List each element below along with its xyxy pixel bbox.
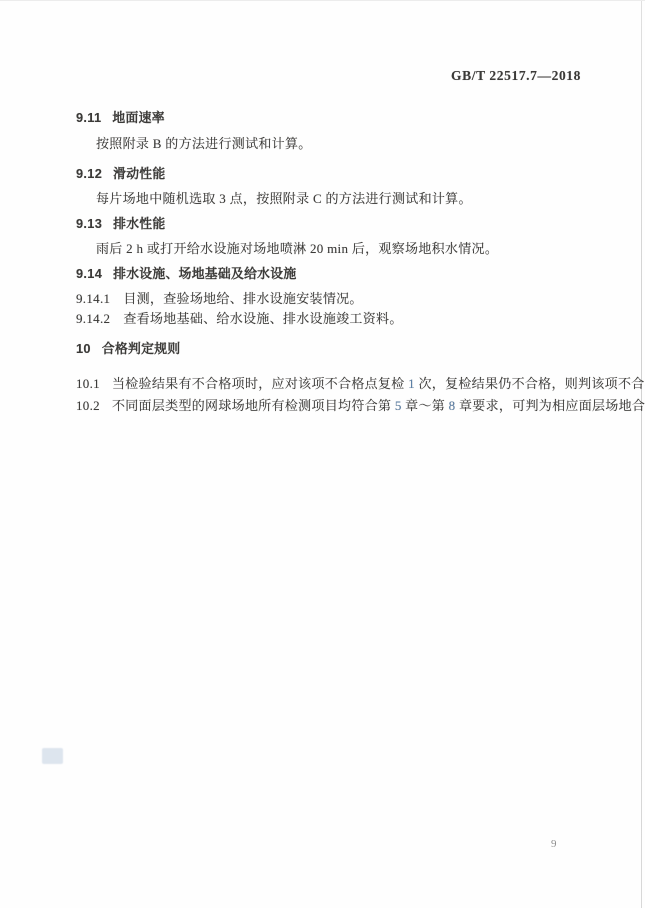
item-text-segment: 当检验结果有不合格项时，应对该项不合格点复检 bbox=[112, 376, 408, 391]
clause-body-9-13: 雨后 2 h 或打开给水设施对场地喷淋 20 min 后，观察场地积水情况。 bbox=[96, 241, 498, 257]
clause-number: 9.14 bbox=[76, 266, 102, 281]
item-text-segment: 章要求，可判为相应面层场地合格。 bbox=[455, 398, 645, 413]
clause-body-9-12: 每片场地中随机选取 3 点，按照附录 C 的方法进行测试和计算。 bbox=[96, 191, 472, 207]
clause-number: 9.12 bbox=[76, 166, 102, 181]
chapter-number: 10 bbox=[76, 341, 91, 356]
clause-heading-9-11: 9.11地面速率 bbox=[76, 110, 165, 126]
subclause-number: 9.14.1 bbox=[76, 291, 110, 306]
clause-number: 9.11 bbox=[76, 110, 101, 125]
clause-title: 滑动性能 bbox=[113, 166, 165, 181]
clause-heading-9-13: 9.13排水性能 bbox=[76, 216, 166, 232]
subclause-text: 查看场地基础、给水设施、排水设施竣工资料。 bbox=[123, 311, 402, 326]
subclause-text: 目测，查验场地给、排水设施安装情况。 bbox=[123, 291, 362, 306]
standard-code: GB/T 22517.7—2018 bbox=[451, 68, 581, 84]
subclause-9-14-1: 9.14.1目测，查验场地给、排水设施安装情况。 bbox=[76, 291, 363, 307]
stamp-mark bbox=[42, 748, 63, 764]
item-10-1: 10.1当检验结果有不合格项时，应对该项不合格点复检 1 次，复检结果仍不合格，… bbox=[76, 376, 645, 392]
clause-title: 地面速率 bbox=[112, 110, 164, 125]
clause-heading-9-12: 9.12滑动性能 bbox=[76, 166, 166, 182]
clause-title: 排水性能 bbox=[113, 216, 165, 231]
clause-body-9-11: 按照附录 B 的方法进行测试和计算。 bbox=[96, 136, 312, 152]
subclause-9-14-2: 9.14.2查看场地基础、给水设施、排水设施竣工资料。 bbox=[76, 311, 403, 327]
item-text-segment: 次，复检结果仍不合格，则判该项不合格。 bbox=[415, 376, 645, 391]
chapter-title: 合格判定规则 bbox=[102, 341, 181, 356]
clause-title: 排水设施、场地基础及给水设施 bbox=[113, 266, 296, 281]
scanned-standard-page: GB/T 22517.7—2018 9.11地面速率 按照附录 B 的方法进行测… bbox=[0, 0, 645, 908]
clause-heading-9-14: 9.14排水设施、场地基础及给水设施 bbox=[76, 266, 296, 282]
item-text: 不同面层类型的网球场地所有检测项目均符合第 5 章～第 8 章要求，可判为相应面… bbox=[112, 398, 645, 413]
item-text-digit: 5 bbox=[395, 398, 402, 413]
item-text-digit: 1 bbox=[408, 376, 415, 391]
item-text: 当检验结果有不合格项时，应对该项不合格点复检 1 次，复检结果仍不合格，则判该项… bbox=[112, 376, 645, 391]
item-number: 10.2 bbox=[76, 398, 100, 413]
chapter-heading-10: 10合格判定规则 bbox=[76, 341, 180, 357]
item-text-segment: 不同面层类型的网球场地所有检测项目均符合第 bbox=[112, 398, 395, 413]
item-10-2: 10.2不同面层类型的网球场地所有检测项目均符合第 5 章～第 8 章要求，可判… bbox=[76, 398, 645, 414]
item-text-segment: 章～第 bbox=[402, 398, 449, 413]
subclause-number: 9.14.2 bbox=[76, 311, 110, 326]
page-number: 9 bbox=[551, 838, 557, 850]
item-number: 10.1 bbox=[76, 376, 100, 391]
page-edge-shadow bbox=[641, 1, 643, 908]
clause-number: 9.13 bbox=[76, 216, 102, 231]
